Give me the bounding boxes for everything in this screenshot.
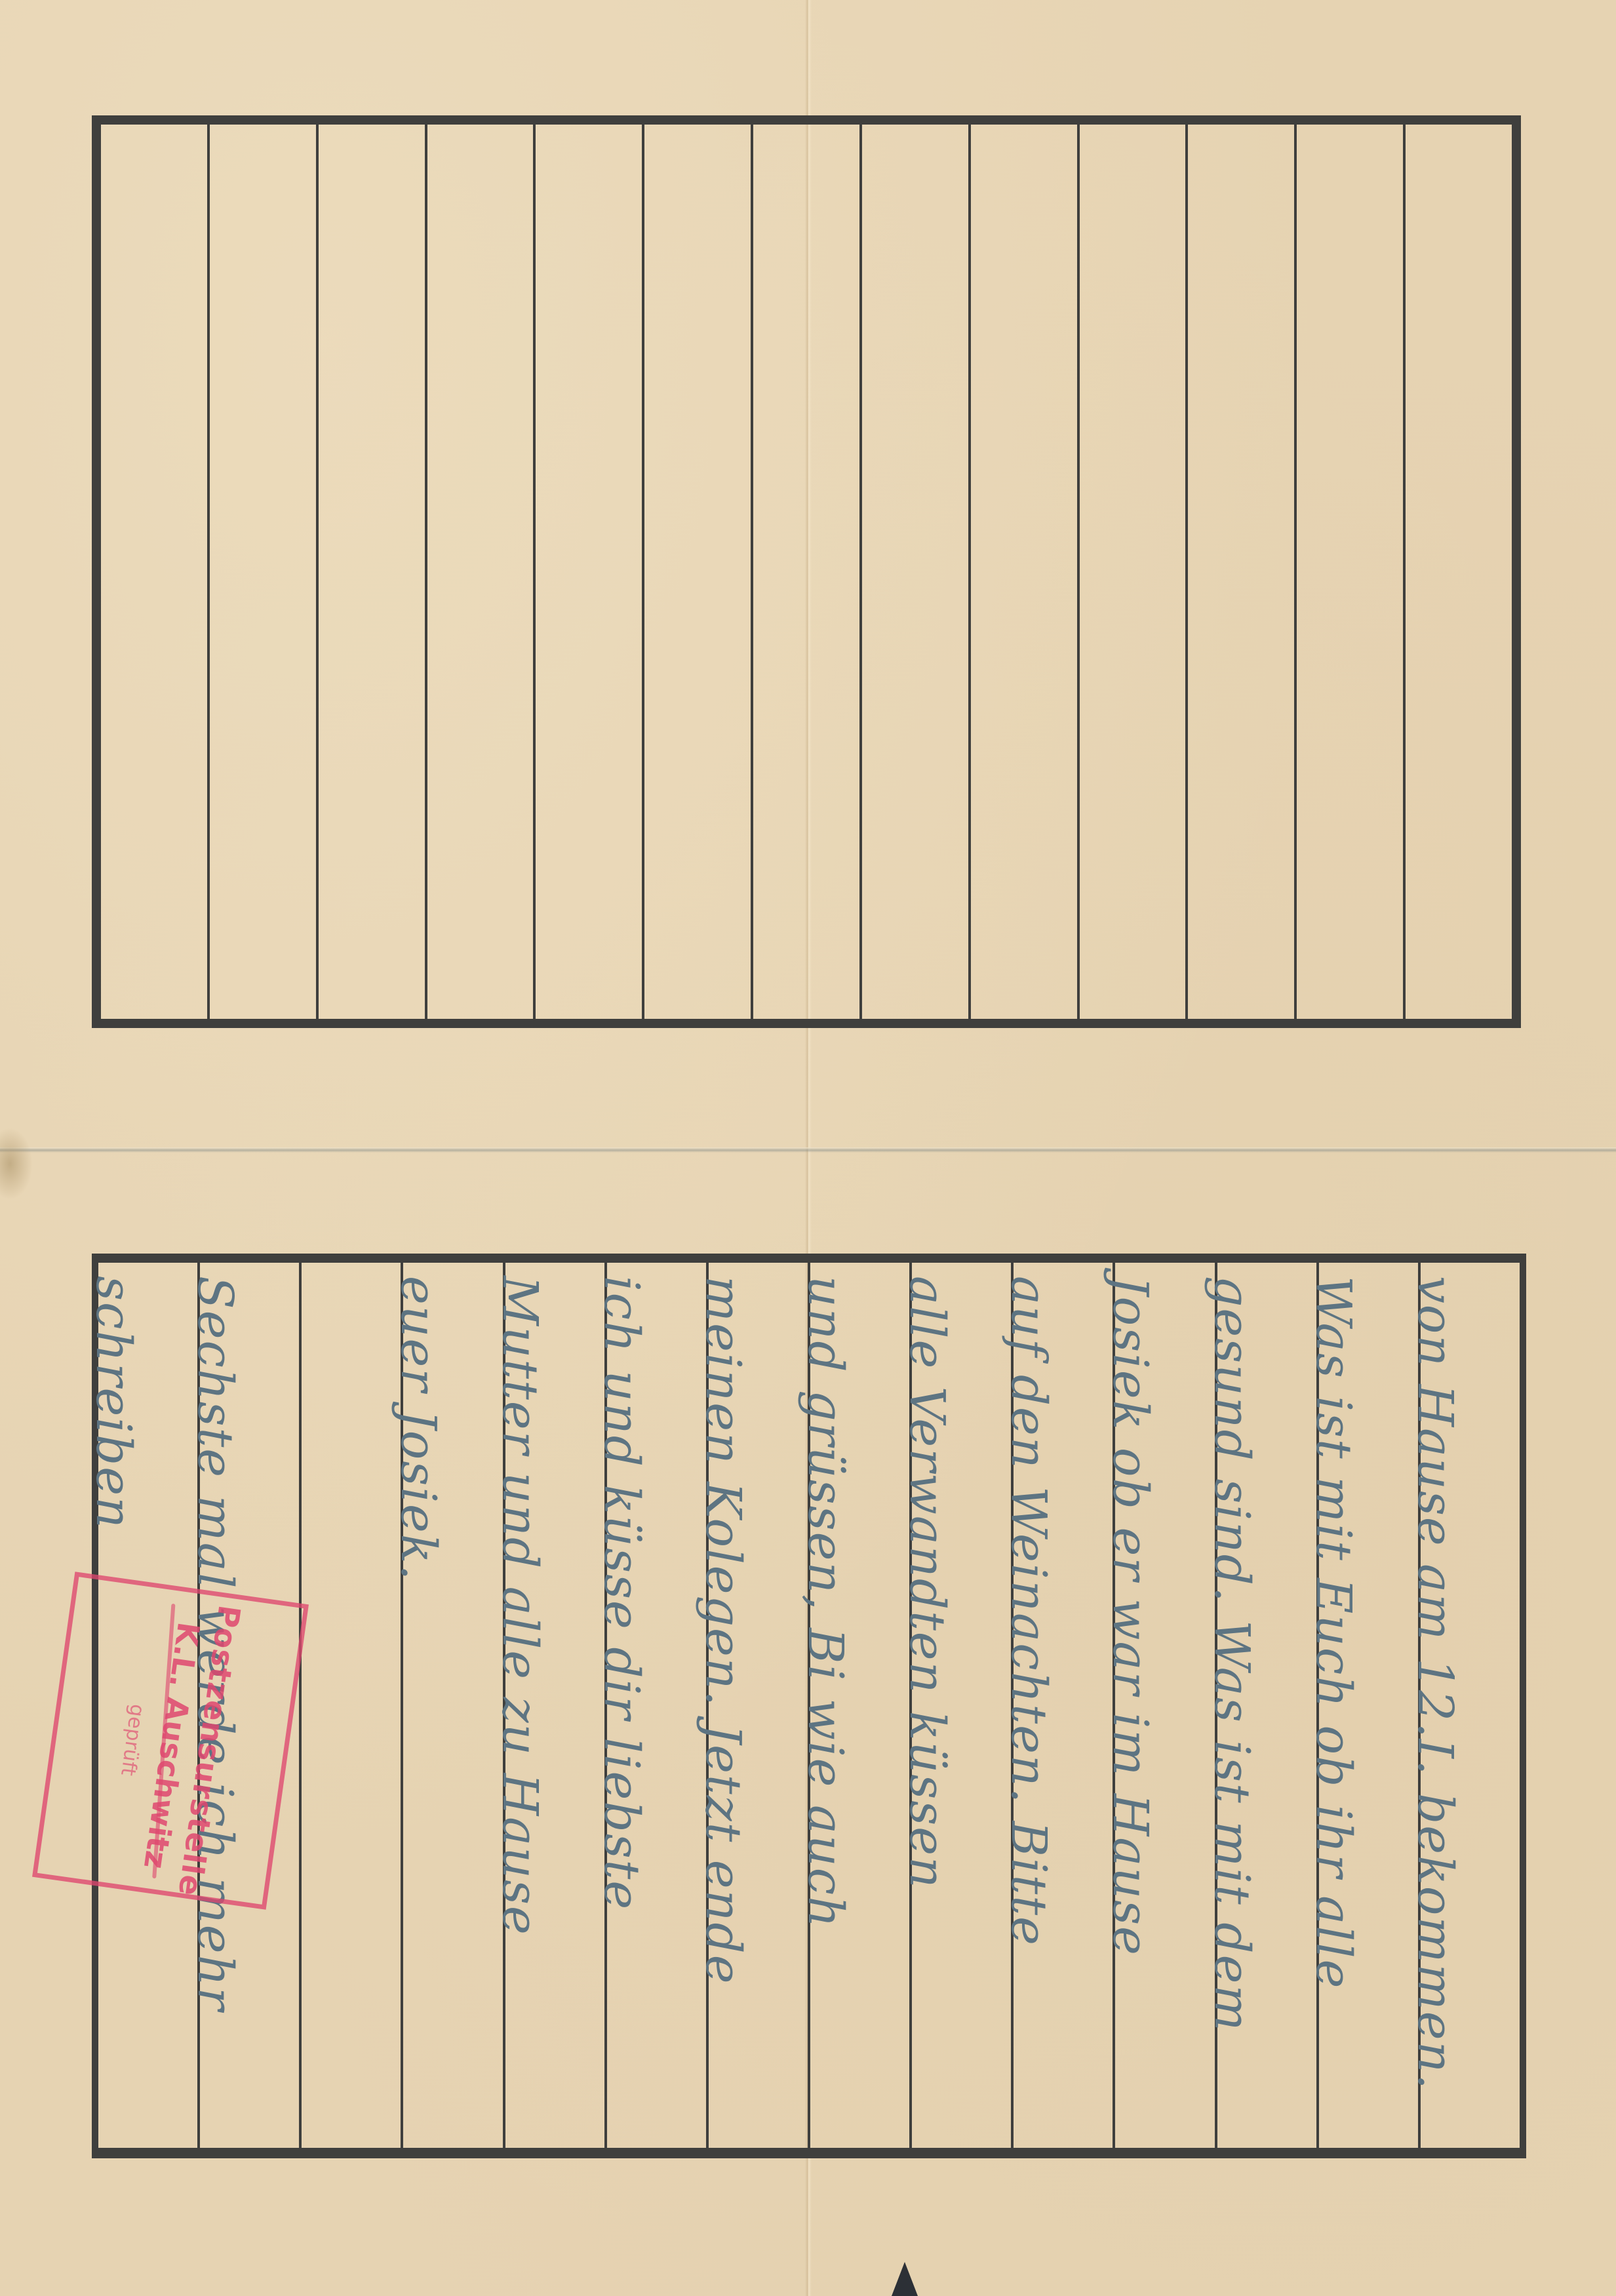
letter-line: und grüssen, Bi wie auch (776, 1276, 875, 2141)
ruled-column (533, 125, 642, 1019)
ruled-column (968, 125, 1077, 1019)
bottom-letter-panel: schreiben Sechste mal werde ich mehr eue… (92, 1254, 1526, 2158)
ruled-column (1403, 125, 1512, 1019)
ruled-column (207, 125, 316, 1019)
horizontal-fold-crease (0, 1147, 1616, 1153)
letter-line: Was ist mit Euch ob ihr alle (1284, 1276, 1383, 2141)
letter-line: ich und küsse dir liebste (572, 1276, 671, 2141)
censor-stamp-text: Postzensurstelle K.L. Auschwitz geprüft (36, 1577, 313, 1915)
letter-line: meinen Kolegen. Jetzt ende (674, 1276, 772, 2141)
ruled-column (101, 125, 207, 1019)
stamp-checked: geprüft (117, 1703, 149, 1777)
letter-line: Josiek ob er war im Hause (1081, 1276, 1179, 2141)
binder-clip-shadow (892, 2262, 918, 2296)
ruled-column (859, 125, 968, 1019)
ruled-column (642, 125, 751, 1019)
ruled-column (316, 125, 425, 1019)
ruled-column (1077, 125, 1186, 1019)
paper-stain (0, 1128, 33, 1200)
letter-line: von Hause am 12.I. bekommen. (1386, 1276, 1484, 2141)
letter-line: Mutter und alle zu Hause (471, 1276, 569, 2141)
top-ruled-panel (92, 115, 1521, 1028)
letter-line: auf den Weinachten. Bitte (979, 1276, 1078, 2141)
ruled-column (751, 125, 859, 1019)
letter-line: euer Josiek. (369, 1276, 467, 2141)
letter-line: alle Verwandten küssen (878, 1276, 976, 2141)
ruled-column (1185, 125, 1294, 1019)
censor-stamp: Postzensurstelle K.L. Auschwitz geprüft (32, 1572, 309, 1910)
ruled-column (1294, 125, 1403, 1019)
letter-line: gesund sind. Was ist mit dem (1183, 1276, 1281, 2141)
letter-line-column: von Hause am 12.I. bekommen. (1418, 1263, 1520, 2148)
ruled-column (425, 125, 534, 1019)
